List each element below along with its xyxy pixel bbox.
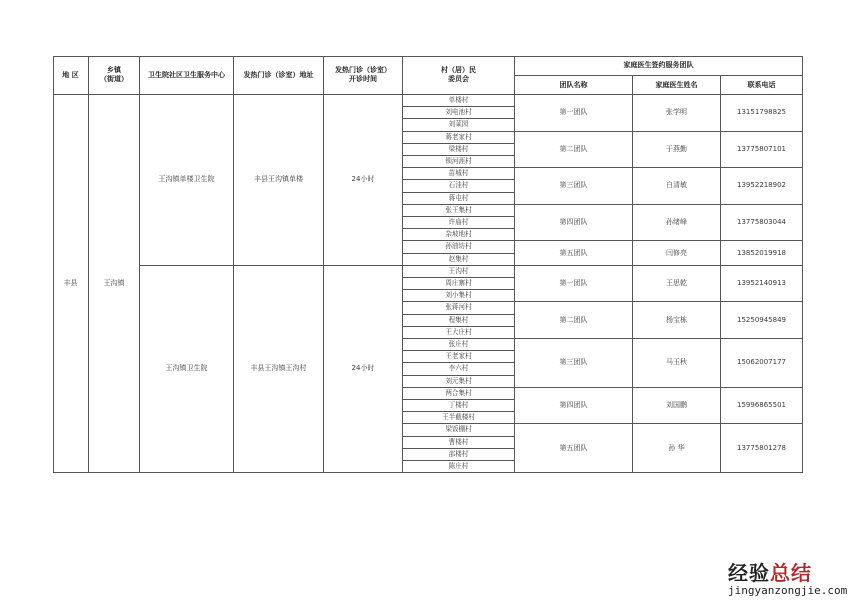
fever-address-cell: 丰县王沟镇王沟村 bbox=[234, 266, 324, 473]
header-village: 村（居）民 委员会 bbox=[403, 56, 515, 95]
team-name-cell: 第四团队 bbox=[515, 388, 633, 425]
table-row: 梁楼村 bbox=[403, 144, 515, 156]
header-team-name: 团队名称 bbox=[515, 76, 633, 95]
header-clinic: 卫生院社区卫生服务中心 bbox=[140, 56, 234, 95]
doctor-name-cell: 刘国鹏 bbox=[633, 388, 721, 425]
team-name-cell: 第二团队 bbox=[515, 132, 633, 169]
table-row: 王大庄村 bbox=[403, 327, 515, 339]
table-row: 张庄村 bbox=[403, 339, 515, 351]
doctor-name-cell: 张学明 bbox=[633, 95, 721, 132]
doctor-name-cell: 孙绪峰 bbox=[633, 205, 721, 242]
table-row: 张蒋河村 bbox=[403, 302, 515, 314]
doctor-name-cell: 杨宝栋 bbox=[633, 302, 721, 339]
table-row: 两合集村 bbox=[403, 388, 515, 400]
watermark-title: 经验总结 bbox=[728, 562, 848, 584]
clinic-cell: 王沟镇卫生院 bbox=[140, 266, 234, 473]
phone-cell: 15250945849 bbox=[721, 302, 803, 339]
team-name-cell: 第二团队 bbox=[515, 302, 633, 339]
team-name-cell: 第五团队 bbox=[515, 241, 633, 265]
doctor-name-cell: 孙 华 bbox=[633, 424, 721, 473]
phone-cell: 13151798825 bbox=[721, 95, 803, 132]
watermark-site: jingyanzongjie.com bbox=[728, 584, 848, 597]
header-town: 乡镇 （街道） bbox=[89, 56, 140, 95]
table-row: 曹楼村 bbox=[403, 437, 515, 449]
table-row: 周庄寨村 bbox=[403, 278, 515, 290]
table-row: 赵集村 bbox=[403, 254, 515, 266]
phone-cell: 13952218902 bbox=[721, 168, 803, 205]
table-row: 许庙村 bbox=[403, 217, 515, 229]
phone-cell: 13952140913 bbox=[721, 266, 803, 303]
watermark-title-part2: 总结 bbox=[770, 561, 812, 585]
phone-cell: 13775807101 bbox=[721, 132, 803, 169]
team-name-cell: 第三团队 bbox=[515, 339, 633, 388]
header-phone: 联系电话 bbox=[721, 76, 803, 95]
doctor-name-cell: 王思乾 bbox=[633, 266, 721, 303]
table-row: 陈庄村 bbox=[403, 461, 515, 473]
phone-cell: 13852019918 bbox=[721, 241, 803, 265]
fever-hours-cell: 24小时 bbox=[324, 95, 403, 266]
table-row: 王半截楼村 bbox=[403, 412, 515, 424]
table-row: 王老家村 bbox=[403, 351, 515, 363]
table-row: 程集村 bbox=[403, 315, 515, 327]
doctor-name-cell: 闫修亮 bbox=[633, 241, 721, 265]
table-row: 蒋老家村 bbox=[403, 132, 515, 144]
doctor-name-cell: 马玉秋 bbox=[633, 339, 721, 388]
table-row: 梁饭棚村 bbox=[403, 424, 515, 436]
family-doctor-table: 地 区乡镇 （街道）卫生院社区卫生服务中心发热门诊（诊室）地址发热门诊（诊室） … bbox=[53, 56, 803, 473]
fever-hours-cell: 24小时 bbox=[324, 266, 403, 473]
table-row: 丁楼村 bbox=[403, 400, 515, 412]
table-row: 刘元集村 bbox=[403, 376, 515, 388]
table-row: 单楼村 bbox=[403, 95, 515, 107]
clinic-cell: 王沟镇单楼卫生院 bbox=[140, 95, 234, 266]
table-row: 邵楼村 bbox=[403, 449, 515, 461]
team-name-cell: 第三团队 bbox=[515, 168, 633, 205]
phone-cell: 13775801278 bbox=[721, 424, 803, 473]
phone-cell: 15996865501 bbox=[721, 388, 803, 425]
team-name-cell: 第四团队 bbox=[515, 205, 633, 242]
team-name-cell: 第一团队 bbox=[515, 95, 633, 132]
town-cell: 王沟镇 bbox=[89, 95, 140, 473]
table-row: 李六村 bbox=[403, 363, 515, 375]
header-fever-address: 发热门诊（诊室）地址 bbox=[234, 56, 324, 95]
table-row: 刘小集村 bbox=[403, 290, 515, 302]
table-row: 张王集村 bbox=[403, 205, 515, 217]
team-name-cell: 第一团队 bbox=[515, 266, 633, 303]
phone-cell: 15062007177 bbox=[721, 339, 803, 388]
watermark-title-part1: 经验 bbox=[728, 561, 770, 585]
table-row: 锁河涯村 bbox=[403, 156, 515, 168]
header-doctor-name: 家庭医生姓名 bbox=[633, 76, 721, 95]
header-region: 地 区 bbox=[53, 56, 89, 95]
phone-cell: 13775803044 bbox=[721, 205, 803, 242]
table-row: 苗城村 bbox=[403, 168, 515, 180]
team-name-cell: 第五团队 bbox=[515, 424, 633, 473]
header-fever-hours: 发热门诊（诊室） 开诊时间 bbox=[324, 56, 403, 95]
table-row: 杂坡地村 bbox=[403, 229, 515, 241]
table-row: 孙油坊村 bbox=[403, 241, 515, 253]
header-family-team: 家庭医生签约服务团队 bbox=[515, 56, 803, 76]
doctor-name-cell: 于燕勤 bbox=[633, 132, 721, 169]
fever-address-cell: 丰县王沟镇单楼 bbox=[234, 95, 324, 266]
region-cell: 丰县 bbox=[53, 95, 89, 473]
watermark-logo: 经验总结 jingyanzongjie.com bbox=[728, 562, 848, 597]
table-row: 刘电池村 bbox=[403, 107, 515, 119]
table-row: 蒋屯村 bbox=[403, 193, 515, 205]
doctor-name-cell: 白清敏 bbox=[633, 168, 721, 205]
table-row: 刘菜园 bbox=[403, 119, 515, 131]
table-row: 石洼村 bbox=[403, 180, 515, 192]
table-row: 王沟村 bbox=[403, 266, 515, 278]
